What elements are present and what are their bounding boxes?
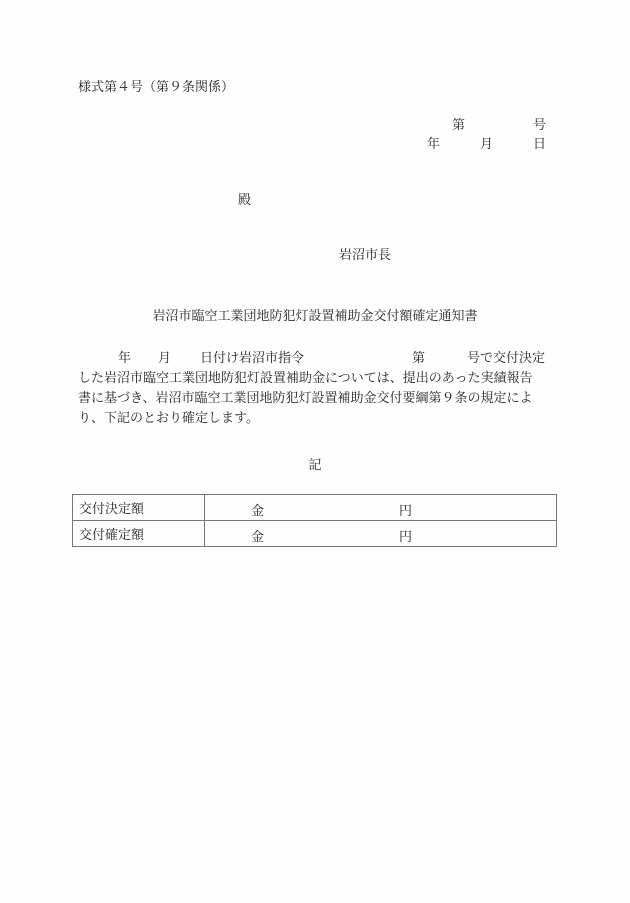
sender: 岩沼市長 (339, 248, 391, 264)
amount-cell: 金 円 (205, 521, 557, 547)
kin-label: 金 (251, 526, 264, 545)
date-month: 月 (480, 137, 493, 153)
row-label: 交付確定額 (73, 521, 205, 547)
yen-label: 円 (399, 526, 412, 545)
addressee-suffix: 殿 (238, 193, 251, 209)
body-line-1: 年 月 日付け岩沼市指令 第 号で交付決定 (78, 349, 556, 369)
body-line1-tail: 号で交付決定 (467, 349, 545, 369)
body-line-3: 書に基づき、岩沼市臨空工業団地防犯灯設置補助金交付要綱第９条の規定によ (78, 389, 556, 409)
body-dated: 日付け岩沼市指令 (200, 349, 304, 369)
document-title: 岩沼市臨空工業団地防犯灯設置補助金交付額確定通知書 (0, 309, 630, 325)
amount-cell: 金 円 (205, 495, 557, 521)
body-number-prefix: 第 (412, 349, 425, 369)
document-number-suffix: 号 (533, 118, 546, 134)
kin-label: 金 (251, 500, 264, 519)
body-month: 月 (158, 349, 171, 369)
amount-table: 交付決定額 金 円 交付確定額 金 円 (72, 494, 557, 547)
row-label: 交付決定額 (73, 495, 205, 521)
table-row: 交付確定額 金 円 (73, 521, 557, 547)
body-line-4: り、下記のとおり確定します。 (78, 409, 556, 429)
ki-heading: 記 (0, 458, 630, 474)
yen-label: 円 (399, 500, 412, 519)
date-day: 日 (533, 137, 546, 153)
body-paragraph: 年 月 日付け岩沼市指令 第 号で交付決定 した岩沼市臨空工業団地防犯灯設置補助… (78, 349, 556, 429)
body-line-2: した岩沼市臨空工業団地防犯灯設置補助金については、提出のあった実績報告 (78, 369, 556, 389)
table-row: 交付決定額 金 円 (73, 495, 557, 521)
date-year: 年 (427, 137, 440, 153)
form-label: 様式第４号（第９条関係） (78, 80, 234, 96)
body-year: 年 (118, 349, 131, 369)
document-number-prefix: 第 (452, 118, 465, 134)
